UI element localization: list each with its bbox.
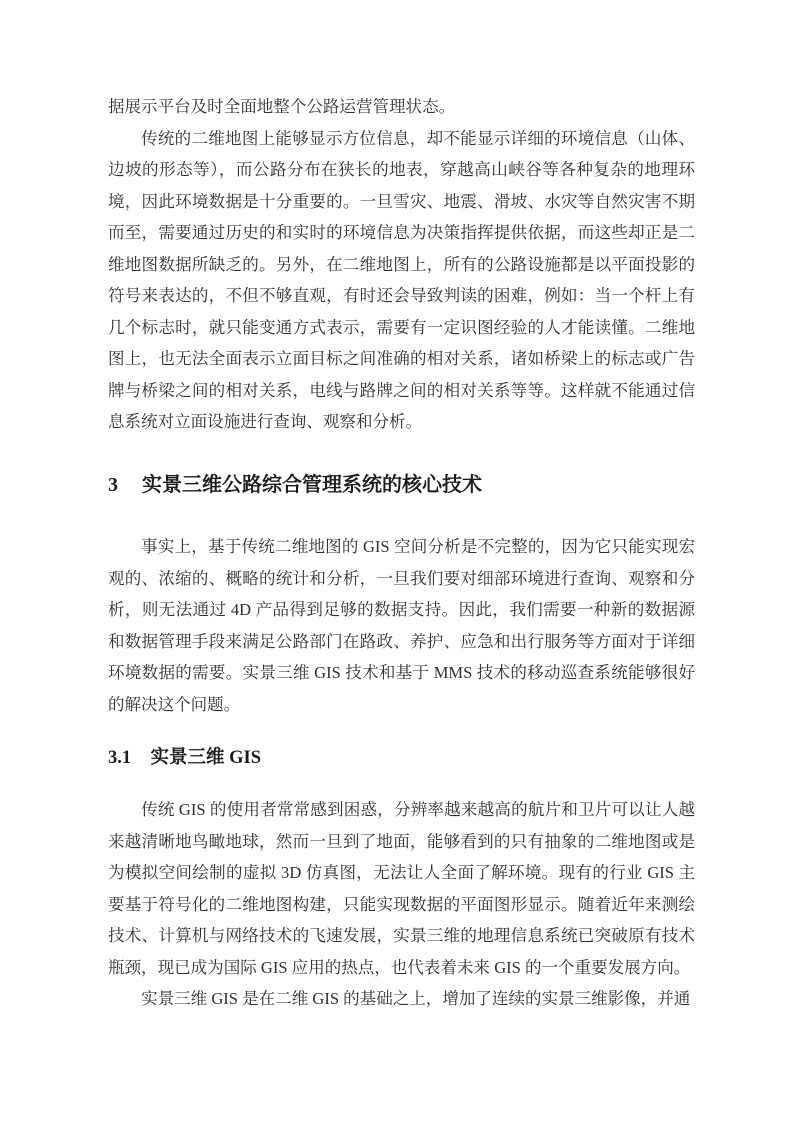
section-number: 3 — [108, 474, 118, 496]
paragraph-continuation-from-previous-page: 据展示平台及时全面地整个公路运营管理状态。 — [108, 91, 695, 123]
paragraph-gis-analysis-incomplete: 事实上，基于传统二维地图的 GIS 空间分析是不完整的，因为它只能实现宏观的、浓… — [108, 531, 695, 720]
section-heading-3: 3实景三维公路综合管理系统的核心技术 — [108, 470, 695, 502]
paragraph-2d-map-limitations: 传统的二维地图上能够显示方位信息，却不能显示详细的环境信息（山体、边坡的形态等）… — [108, 123, 695, 438]
subsection-title: 实景三维 GIS — [151, 748, 262, 768]
subsection-number: 3.1 — [108, 748, 131, 768]
section-title: 实景三维公路综合管理系统的核心技术 — [142, 474, 482, 496]
paragraph-traditional-gis-confusion: 传统 GIS 的使用者常常感到困惑，分辨率越来越高的航片和卫片可以让人越来越清晰… — [108, 794, 695, 983]
document-page: 据展示平台及时全面地整个公路运营管理状态。 传统的二维地图上能够显示方位信息，却… — [0, 0, 793, 1122]
subsection-heading-3-1: 3.1实景三维 GIS — [108, 743, 695, 775]
paragraph-realscene-gis-fragment: 实景三维 GIS 是在二维 GIS 的基础之上，增加了连续的实景三维影像，并通 — [108, 983, 695, 1015]
